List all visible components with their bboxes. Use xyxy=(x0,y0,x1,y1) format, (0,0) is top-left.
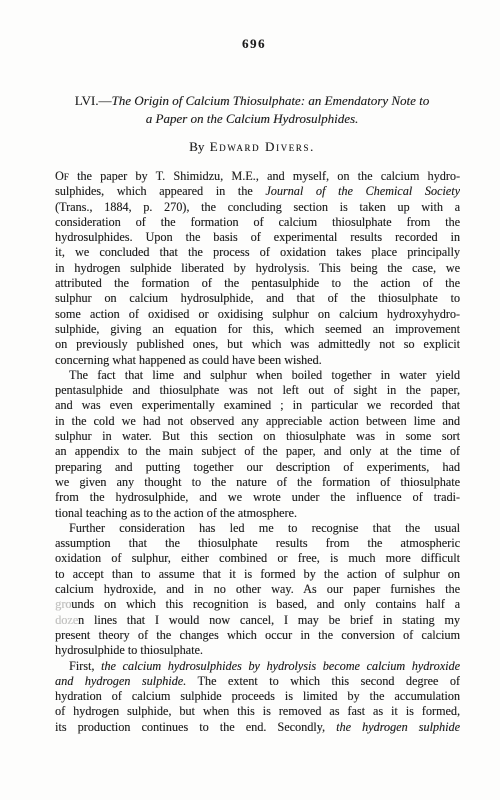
body-line: of hydrogen sulphide, but when this is r… xyxy=(55,704,460,719)
body-line: consideration of the formation of calciu… xyxy=(55,215,460,230)
body-line: assumption that the thiosulphate results… xyxy=(55,536,460,551)
article-number: LVI.— xyxy=(75,93,112,108)
body-line: dozen lines that I would now cancel, I m… xyxy=(55,613,460,628)
body-line: hydrosulphide to thiosulphate. xyxy=(55,643,460,658)
body-line: concerning what happened as could have b… xyxy=(55,353,460,368)
body-line: oxidation of sulphur, either combined or… xyxy=(55,551,460,566)
body-line: attributed the formation of the pentasul… xyxy=(55,276,460,291)
page-number: 696 xyxy=(55,36,453,52)
body-line: some action of oxidised or oxidising sul… xyxy=(55,307,460,322)
body-line: hydrosulphides. Upon the basis of experi… xyxy=(55,230,460,245)
body-line: pentasulphide and thiosulphate was not l… xyxy=(55,383,460,398)
byline-by: By xyxy=(189,139,207,154)
body-line: sulphur on calcium hydrosulphide, and th… xyxy=(55,291,460,306)
body-line: on previously published ones, but which … xyxy=(55,337,460,352)
body-line: grounds on which this recognition is bas… xyxy=(55,597,460,612)
body-line: and hydrogen sulphide. The extent to whi… xyxy=(55,674,460,689)
body-line: it, we concluded that the process of oxi… xyxy=(55,245,460,260)
body-line: sulphides, which appeared in the Journal… xyxy=(55,184,460,199)
body-line: and was even experimentally examined ; i… xyxy=(55,398,460,413)
body-line: First, the calcium hydrosulphides by hyd… xyxy=(55,659,460,674)
body-line: (Trans., 1884, p. 270), the concluding s… xyxy=(55,200,460,215)
body-line: present theory of the changes which occu… xyxy=(55,628,460,643)
body-line: The fact that lime and sulphur when boil… xyxy=(55,368,460,383)
body-line: preparing and putting together our descr… xyxy=(55,460,460,475)
body-line: hydration of calcium sulphide proceeds i… xyxy=(55,689,460,704)
body-line: we given any thought to the nature of th… xyxy=(55,475,460,490)
body-line: to accept than to assume that it is form… xyxy=(55,567,460,582)
journal-page: 696 LVI.—The Origin of Calcium Thiosulph… xyxy=(0,0,500,800)
byline: By Edward Divers. xyxy=(42,139,462,155)
article-title-line2: a Paper on the Calcium Hydrosulphides. xyxy=(146,111,359,126)
body-line: its production continues to the end. Sec… xyxy=(55,720,460,735)
body-line: in hydrogen sulphide liberated by hydrol… xyxy=(55,261,460,276)
body-line: in the cold we had not observed any appr… xyxy=(55,414,460,429)
body-line: calcium hydroxide, and in no other way. … xyxy=(55,582,460,597)
body-text: Of the paper by T. Shimidzu, M.E., and m… xyxy=(55,169,460,735)
body-line: an appendix to the main subject of the p… xyxy=(55,444,460,459)
article-title-line1: The Origin of Calcium Thiosulphate: an E… xyxy=(111,93,429,108)
body-line: from the hydrosulphide, and we wrote und… xyxy=(55,490,460,505)
article-title: LVI.—The Origin of Calcium Thiosulphate:… xyxy=(42,92,462,127)
body-line: tional teaching as to the action of the … xyxy=(55,506,460,521)
byline-author: Edward Divers. xyxy=(210,139,315,154)
body-line: sulphur in water. But this section on th… xyxy=(55,429,460,444)
body-line: Of the paper by T. Shimidzu, M.E., and m… xyxy=(55,169,460,184)
body-line: Further consideration has led me to reco… xyxy=(55,521,460,536)
body-line: sulphide, giving an equation for this, w… xyxy=(55,322,460,337)
